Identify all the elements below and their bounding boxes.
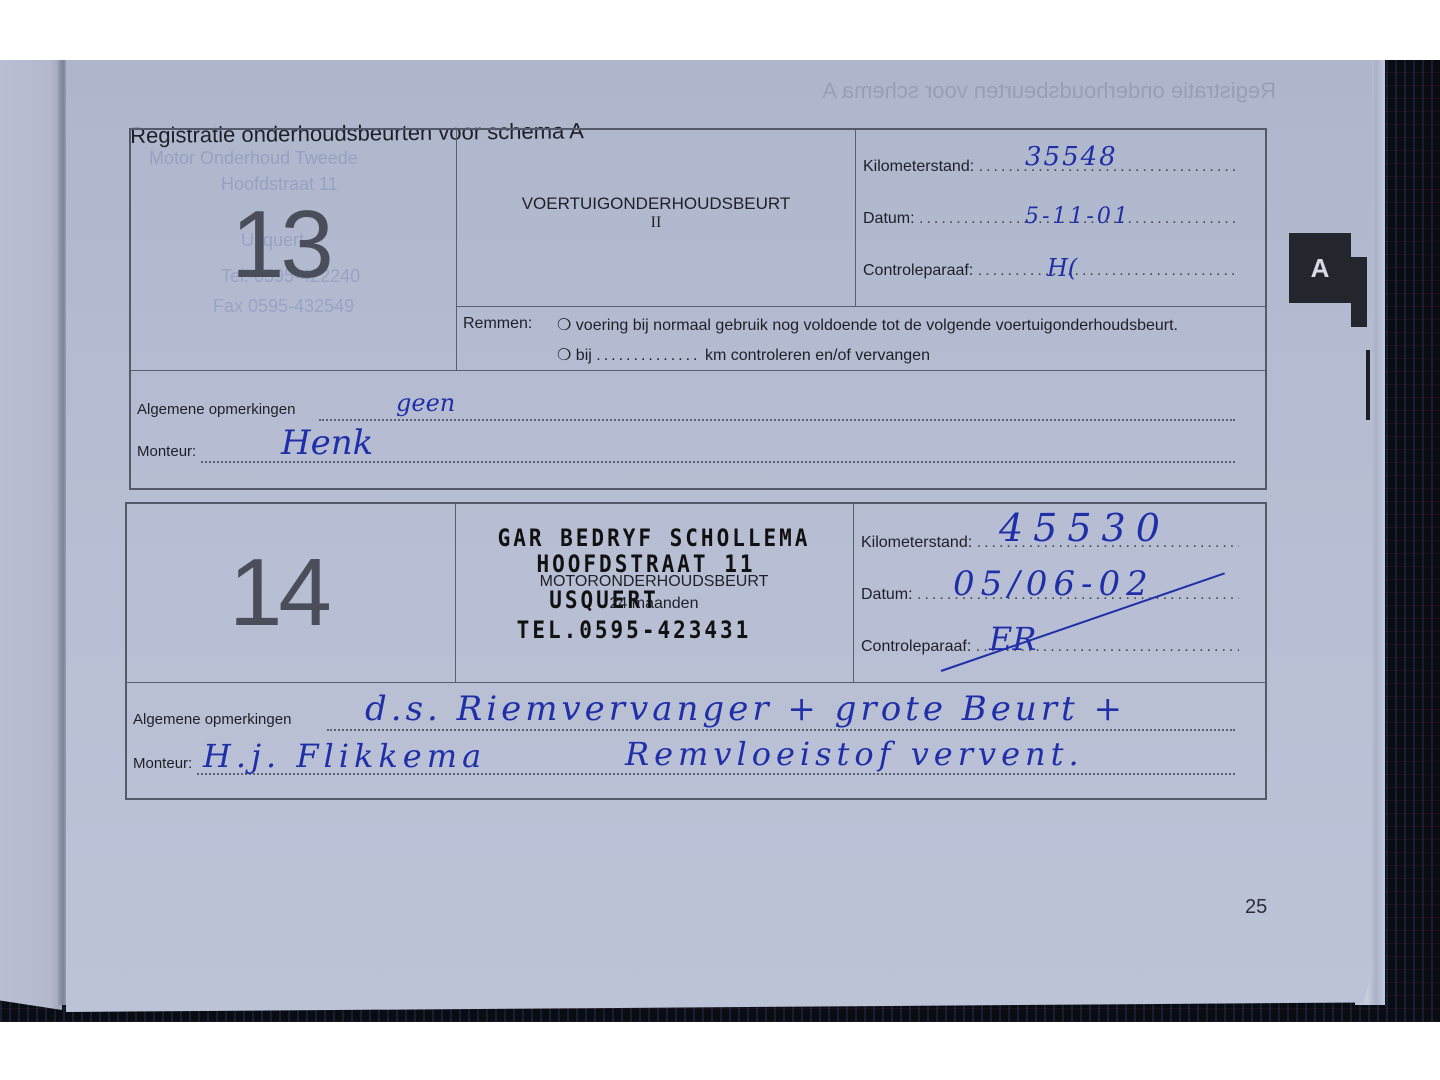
brakes-option-2[interactable]: ❍ bij .............. km controleren en/o… — [557, 345, 930, 365]
remarks-value: d.s. Riemvervanger + grote Beurt + — [365, 689, 1126, 729]
remarks-label: Algemene opmerkingen — [133, 711, 291, 728]
brakes-label: Remmen: — [463, 315, 532, 333]
page-number: 25 — [1245, 896, 1267, 919]
mechanic-value: H.j. Flikkema — [203, 737, 486, 775]
remarks-value: geen — [396, 389, 455, 417]
kilometerstand-label: Kilometerstand: — [861, 534, 972, 551]
brakes-option-1[interactable]: ❍ voering bij normaal gebruik nog voldoe… — [557, 315, 1178, 335]
datum-value: 5-11-01 — [1025, 204, 1131, 229]
mechanic-value: Henk — [281, 423, 373, 463]
kilometerstand-label: Kilometerstand: — [863, 158, 974, 175]
kilometerstand-value: 35548 — [1025, 142, 1118, 172]
remarks-section: Algemene opmerkingen geen Monteur: Henk — [131, 370, 1265, 489]
service-entry-13: Motor Onderhoud Tweede Hoofdstraat 11 Us… — [129, 128, 1267, 490]
service-type-cell: GAR BEDRYF SCHOLLEMA HOOFDSTRAAT 11 MOTO… — [455, 504, 854, 682]
kilometerstand-value: 45530 — [999, 506, 1170, 550]
mechanic-label: Monteur: — [137, 443, 196, 460]
ghost-stamp-line: Motor Onderhoud Tweede — [149, 148, 358, 169]
controleparaaf-value: H( — [1047, 254, 1077, 282]
service-type-cell: VOERTUIGONDERHOUDSBEURT II — [457, 130, 856, 306]
left-page — [0, 60, 62, 1010]
brakes-row: Remmen: ❍ voering bij normaal gebruik no… — [457, 306, 1265, 371]
datum-label: Datum: — [861, 586, 913, 603]
remarks-value-line2: Remvloeistof vervent. — [625, 735, 1084, 773]
garage-stamp-phone: TEL.0595-423431 — [435, 616, 833, 644]
controleparaaf-field: Controleparaaf: ........................… — [861, 638, 1239, 656]
section-tab-edge — [1351, 257, 1367, 327]
document-photo: Registratie onderhoudsbeurten voor schem… — [0, 60, 1440, 1022]
remarks-section: Algemene opmerkingen d.s. Riemvervanger … — [127, 682, 1265, 799]
garage-stamp-name: GAR BEDRYF SCHOLLEMA — [455, 524, 853, 552]
fields-cell: Kilometerstand: ........................… — [853, 504, 1265, 682]
service-subtype: II — [457, 214, 855, 232]
mirrored-showthrough: Registratie onderhoudsbeurten voor schem… — [716, 78, 1276, 104]
radio-circle-icon[interactable]: ❍ — [557, 347, 571, 364]
datum-label: Datum: — [863, 210, 915, 227]
controleparaaf-label: Controleparaaf: — [863, 262, 973, 279]
entry-number: 13 — [231, 190, 330, 300]
datum-value: 05/06-02 — [953, 564, 1154, 604]
mechanic-label: Monteur: — [133, 755, 192, 772]
fields-cell: Kilometerstand: ........................… — [855, 130, 1265, 306]
remarks-label: Algemene opmerkingen — [137, 401, 295, 418]
service-subtype: 24 maanden — [455, 595, 853, 613]
controleparaaf-label: Controleparaaf: — [861, 638, 971, 655]
section-tab: A — [1289, 233, 1351, 303]
radio-circle-icon[interactable]: ❍ — [557, 317, 571, 334]
service-entry-14: 14 GAR BEDRYF SCHOLLEMA HOOFDSTRAAT 11 M… — [125, 502, 1267, 800]
service-type: VOERTUIGONDERHOUDSBEURT — [457, 194, 855, 214]
entry-number-cell: Motor Onderhoud Tweede Hoofdstraat 11 Us… — [131, 130, 457, 370]
page-edge-marker — [1366, 350, 1370, 420]
entry-number: 14 — [229, 538, 328, 648]
section-tab-letter: A — [1289, 253, 1351, 284]
